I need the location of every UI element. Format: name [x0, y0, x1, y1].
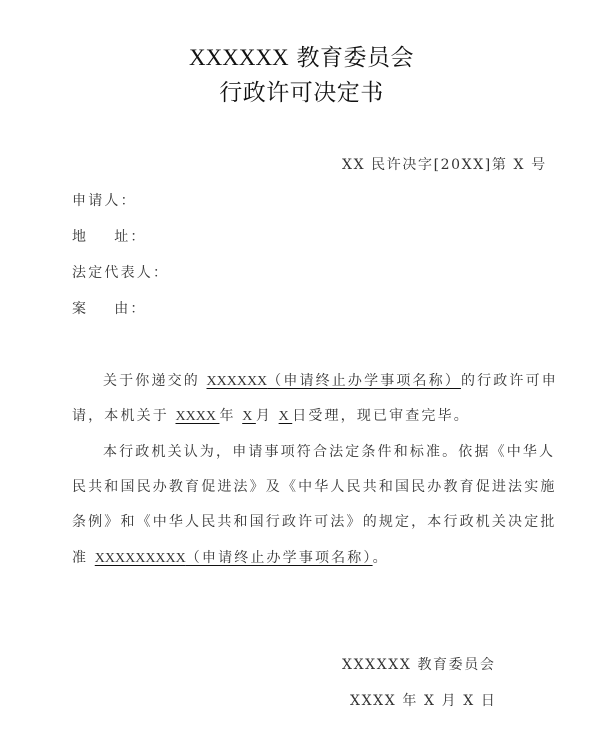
matter-name-placeholder: XXXXXX: [207, 374, 268, 389]
approved-matter-hint: （申请终止办学事项名称）: [186, 550, 373, 566]
document-page: XXXXXX 教育委员会 行政许可决定书 XX 民许决字[20XX]第 X 号 …: [0, 0, 603, 750]
matter-name-blank: XXXXXX（申请终止办学事项名称）: [207, 373, 461, 389]
para1-text: 关于你递交的: [103, 373, 207, 389]
address-label-part2: 址：: [114, 229, 146, 245]
paragraph-2-line-4: 准 XXXXXXXXX（申请终止办学事项名称）。: [72, 548, 550, 569]
signature-issuer: XXXXXX 教育委员会: [342, 655, 495, 675]
para1-text-end: 的行政许可申: [461, 373, 558, 389]
cause-label-part1: 案: [72, 301, 88, 317]
cause-field: 案由：: [72, 299, 147, 319]
year-label: 年: [219, 408, 242, 424]
day-blank: X: [279, 409, 293, 424]
address-field: 地址：: [72, 227, 147, 247]
applicant-label: 申请人：: [72, 193, 137, 209]
month-label: 月: [256, 408, 279, 424]
issuer-name-placeholder: XXXXXX: [189, 45, 289, 70]
paragraph-1-line-1: 关于你递交的 XXXXXX（申请终止办学事项名称）的行政许可申: [72, 371, 550, 392]
address-label-part1: 地: [72, 229, 88, 245]
year-blank: XXXX: [176, 409, 220, 424]
paragraph-2-line-1: 本行政机关认为，申请事项符合法定条件和标准。依据《中华人: [72, 442, 550, 462]
signature-date: XXXX 年 X 月 X 日: [350, 691, 496, 711]
approved-matter-blank: XXXXXXXXX（申请终止办学事项名称）: [95, 550, 373, 566]
para1-line2-end: 日受理，现已审查完毕。: [292, 408, 470, 424]
paragraph-2-line-2: 民共和国民办教育促进法》及《中华人民共和国民办教育促进法实施: [72, 477, 550, 497]
cause-label-part2: 由：: [114, 301, 146, 317]
matter-name-hint: （申请终止办学事项名称）: [267, 373, 461, 389]
document-title: 行政许可决定书: [0, 79, 603, 107]
issuer-title: XXXXXX 教育委员会: [0, 44, 603, 72]
month-blank: X: [242, 409, 256, 424]
legal-representative-label: 法定代表人：: [72, 265, 169, 281]
approved-matter-placeholder: XXXXXXXXX: [95, 551, 186, 566]
para2-line4-end: 。: [373, 550, 389, 566]
document-number: XX 民许决字[20XX]第 X 号: [342, 155, 547, 175]
applicant-field: 申请人：: [72, 191, 137, 211]
legal-representative-field: 法定代表人：: [72, 263, 169, 283]
paragraph-1-line-2: 请，本机关于 XXXX 年 X 月 X 日受理，现已审查完毕。: [72, 406, 550, 427]
para2-line4-text: 准: [72, 550, 95, 566]
paragraph-2-line-3: 条例》和《中华人民共和国行政许可法》的规定，本行政机关决定批: [72, 512, 550, 532]
issuer-title-suffix: 教育委员会: [289, 45, 414, 71]
para1-line2-text: 请，本机关于: [72, 408, 176, 424]
